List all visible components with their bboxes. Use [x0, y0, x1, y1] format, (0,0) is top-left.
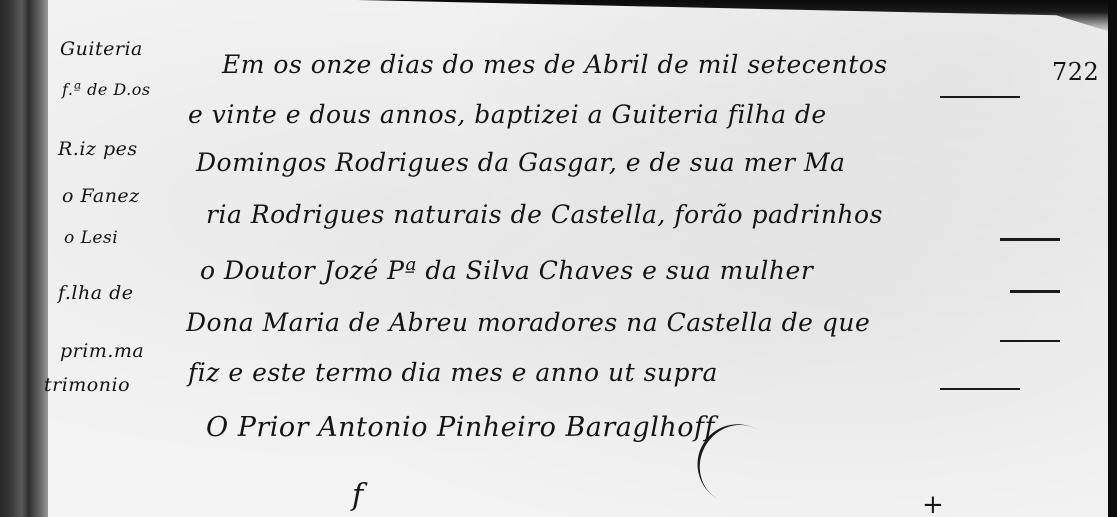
record-line: o Doutor Jozé Pª da Silva Chaves e sua m… — [200, 256, 813, 285]
margin-note-line: trimonio — [44, 374, 130, 396]
record-line: fiz e este termo dia mes e anno ut supra — [188, 358, 718, 387]
bottom-mark: + — [922, 490, 944, 517]
margin-note-line: o Fanez — [62, 185, 140, 207]
record-line: e vinte e dous annos, baptizei a Guiteri… — [188, 100, 827, 129]
page-right-edge — [1108, 0, 1117, 517]
line-end-flourish — [1010, 290, 1060, 293]
manuscript-page: 722 Guiteria f.ª de D.os R.iz pes o Fane… — [0, 0, 1117, 517]
book-binding — [0, 0, 48, 517]
folio-number: 722 — [1052, 58, 1099, 86]
record-line: Domingos Rodrigues da Gasgar, e de sua m… — [196, 148, 845, 177]
bottom-mark: f — [352, 478, 364, 513]
margin-note-line: R.iz pes — [58, 138, 138, 160]
priest-signature: O Prior Antonio Pinheiro Baraglhoff — [206, 412, 715, 443]
line-end-flourish — [1000, 238, 1060, 241]
margin-note-line: o Lesi — [64, 228, 118, 248]
line-end-flourish — [1000, 340, 1060, 342]
line-end-flourish — [940, 388, 1020, 390]
line-end-flourish — [940, 96, 1020, 98]
margin-note-line: f.ª de D.os — [62, 80, 151, 99]
margin-note-line: prim.ma — [60, 340, 144, 362]
margin-note-line: f.lha de — [58, 282, 133, 304]
record-line: ria Rodrigues naturais de Castella, forã… — [206, 200, 883, 229]
margin-note-line: Guiteria — [60, 38, 143, 60]
record-line: Em os onze dias do mes de Abril de mil s… — [222, 50, 888, 79]
record-line: Dona Maria de Abreu moradores na Castell… — [186, 308, 870, 337]
